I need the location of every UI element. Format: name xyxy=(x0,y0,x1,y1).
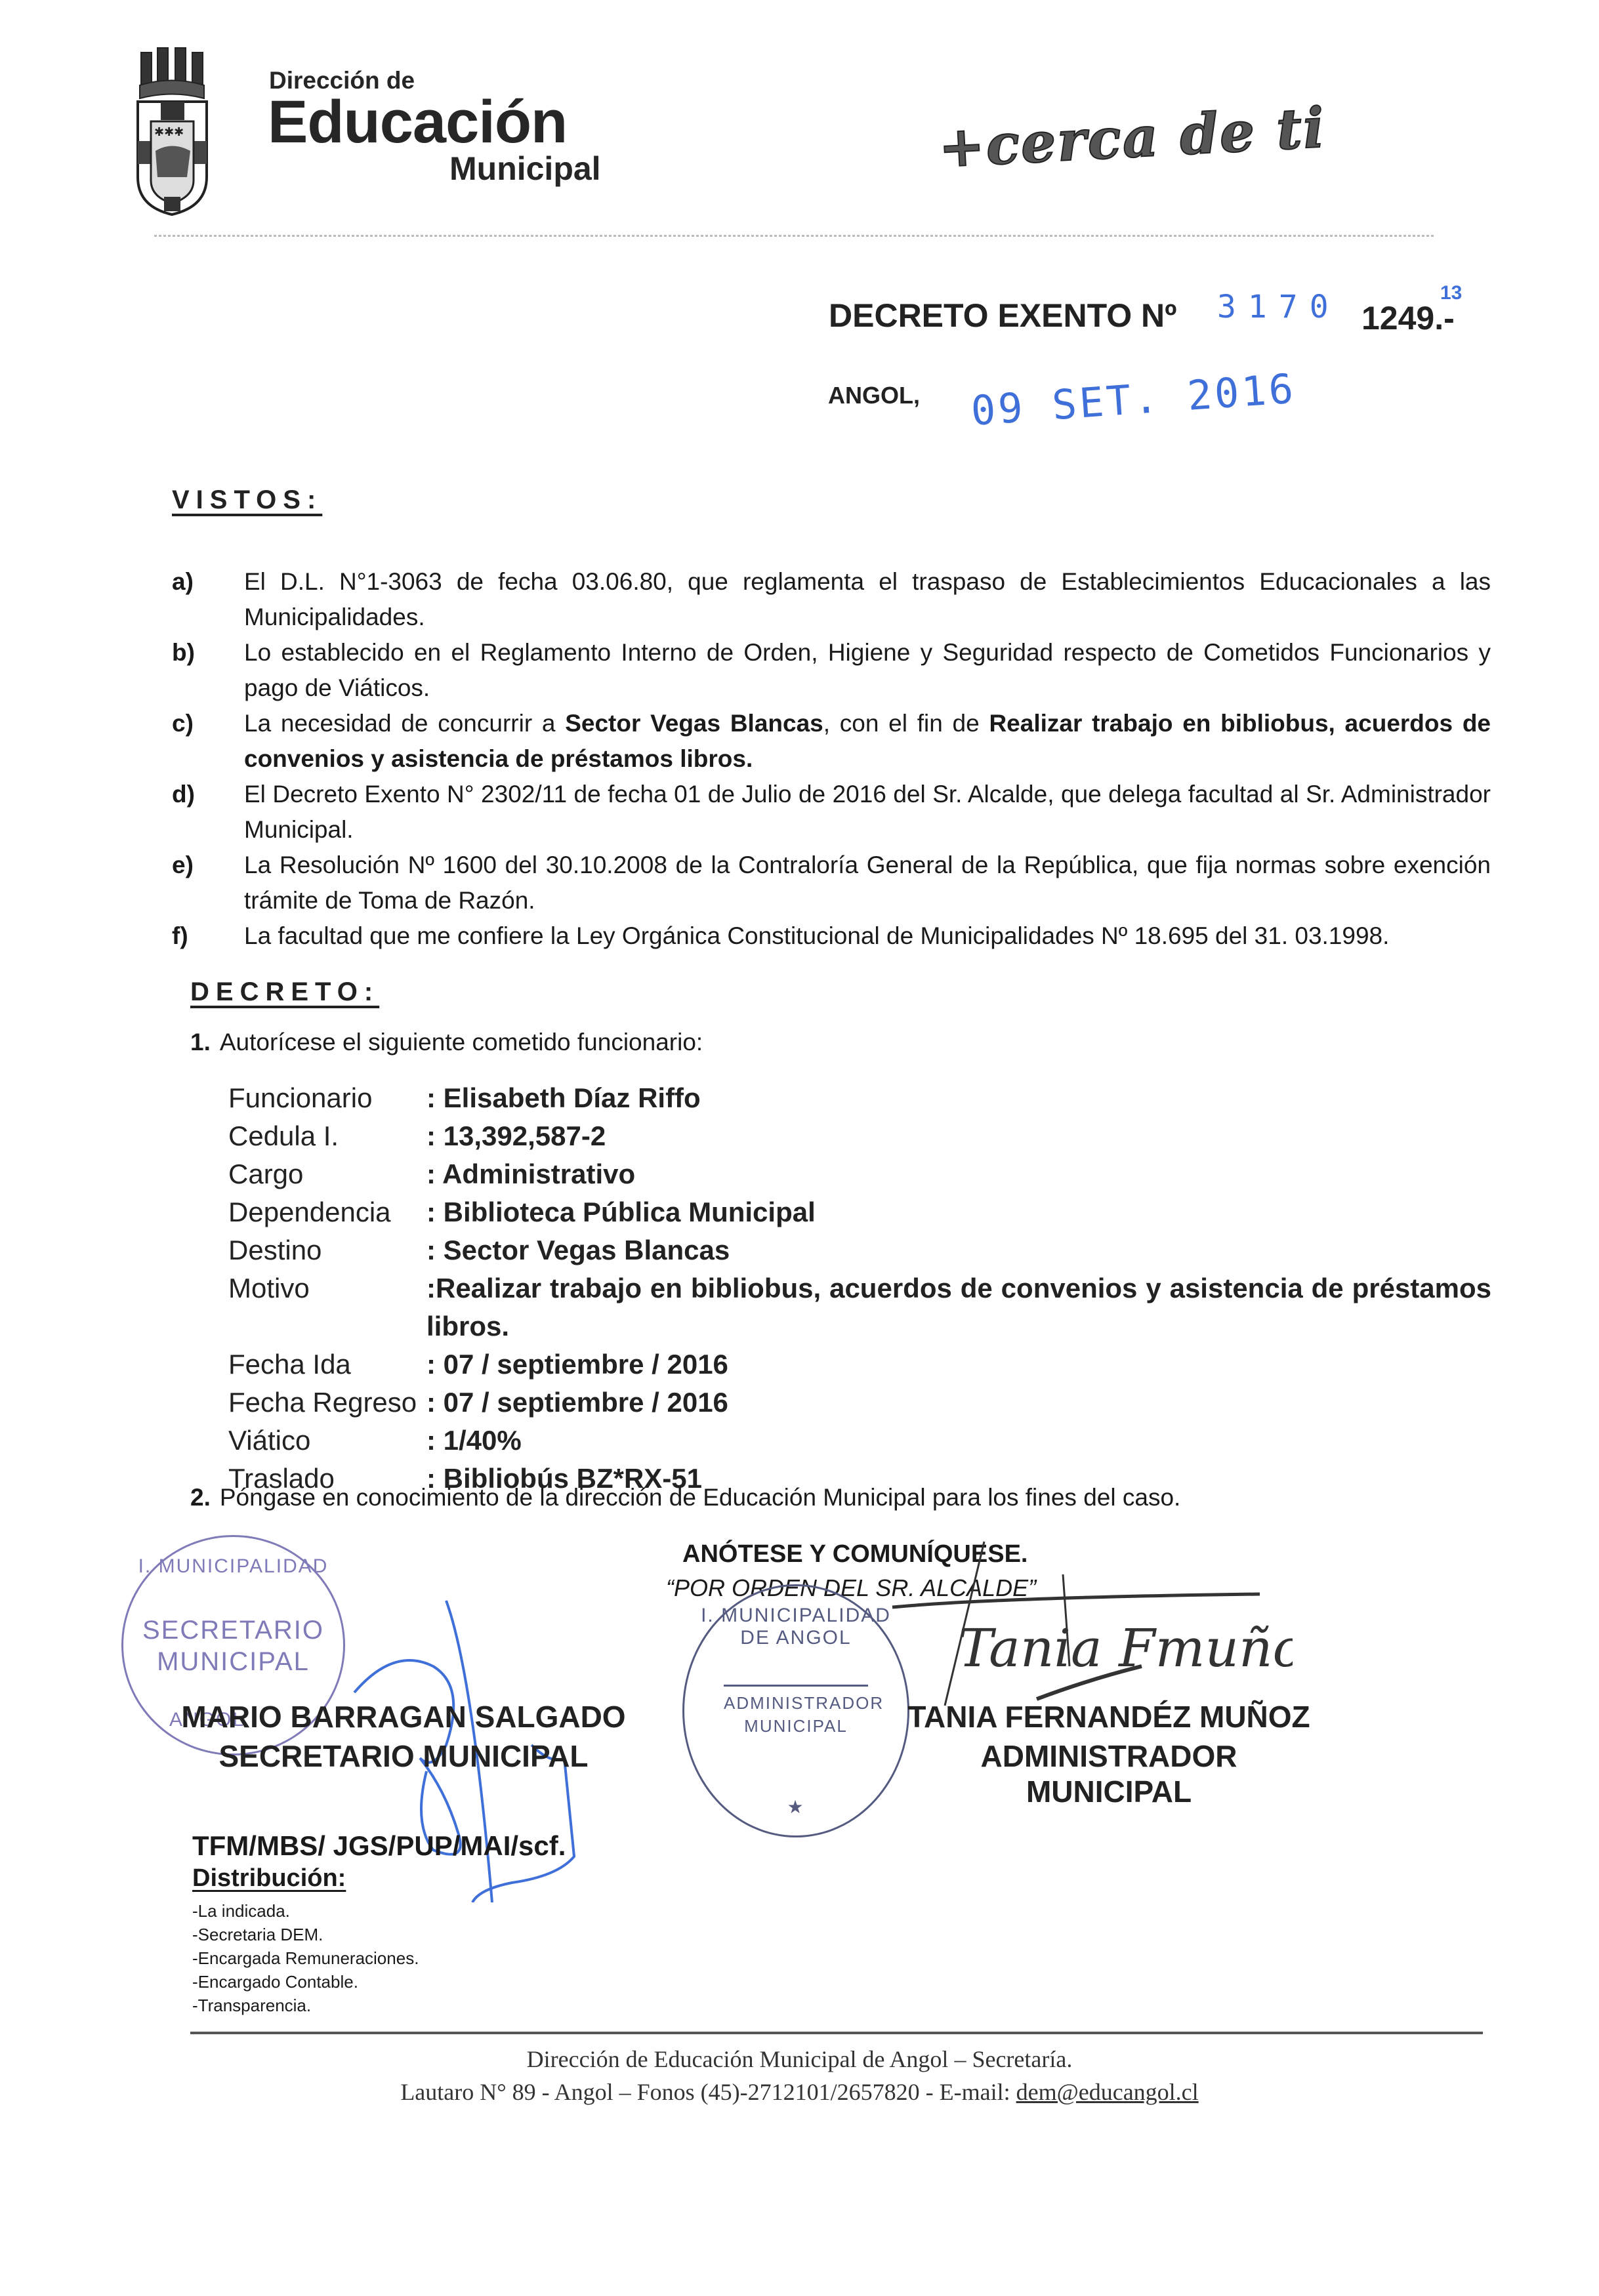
field-key: Fecha Regreso xyxy=(228,1384,426,1422)
field-key: Dependencia xyxy=(228,1193,426,1231)
field-key: Viático xyxy=(228,1422,426,1460)
field-row: Motivo:Realizar trabajo en bibliobus, ac… xyxy=(228,1269,1491,1345)
field-row: Dependencia: Biblioteca Pública Municipa… xyxy=(228,1193,1491,1231)
point-number: 2. xyxy=(190,1484,211,1511)
vistos-item-label: f) xyxy=(172,918,244,954)
field-key: Cargo xyxy=(228,1155,426,1193)
field-row: Viático: 1/40% xyxy=(228,1422,1491,1460)
vistos-item: c) La necesidad de concurrir a Sector Ve… xyxy=(172,706,1491,777)
field-key: Motivo xyxy=(228,1269,426,1345)
field-value: : 07 / septiembre / 2016 xyxy=(426,1384,1491,1422)
vistos-item-label: b) xyxy=(172,635,244,706)
field-value: : 13,392,587-2 xyxy=(426,1117,1491,1155)
header-divider xyxy=(154,235,1434,237)
point-text: Póngase en conocimiento de la dirección … xyxy=(220,1484,1180,1511)
decree-title: DECRETO EXENTO Nº xyxy=(829,297,1176,335)
text-segment: La necesidad de concurrir a xyxy=(244,710,565,737)
distribution-heading: Distribución: xyxy=(192,1864,346,1893)
decreto-point-1: 1.Autorícese el siguiente cometido funci… xyxy=(190,1029,703,1056)
field-row: Cargo: Administrativo xyxy=(228,1155,1491,1193)
field-row: Fecha Ida: 07 / septiembre / 2016 xyxy=(228,1345,1491,1384)
field-row: Cedula I.: 13,392,587-2 xyxy=(228,1117,1491,1155)
decree-handwritten-mark: 13 xyxy=(1440,282,1462,304)
slogan: +cerca de ti xyxy=(937,95,1327,180)
decreto-heading: DECRETO: xyxy=(190,977,379,1007)
point-text: Autorícese el siguiente cometido funcion… xyxy=(220,1029,703,1056)
vistos-item-label: e) xyxy=(172,848,244,918)
vistos-item-text: Lo establecido en el Reglamento Interno … xyxy=(244,635,1491,706)
point-number: 1. xyxy=(190,1029,211,1056)
secretary-title: SECRETARIO MUNICIPAL xyxy=(177,1738,630,1774)
seal-line1: ADMINISTRADOR xyxy=(724,1685,868,1713)
vistos-item-text: La necesidad de concurrir a Sector Vegas… xyxy=(244,706,1491,777)
field-value: : 1/40% xyxy=(426,1422,1491,1460)
vistos-item: d) El Decreto Exento N° 2302/11 de fecha… xyxy=(172,777,1491,848)
decree-number: 1249.- xyxy=(1361,299,1455,337)
org-name-line3: Municipal xyxy=(449,150,601,188)
destination-bold: Sector Vegas Blancas xyxy=(565,710,823,737)
administrator-name: TANIA FERNANDÉZ MUÑOZ xyxy=(899,1699,1319,1734)
cometido-fields: Funcionario: Elisabeth Díaz Riffo Cedula… xyxy=(228,1079,1491,1498)
distribution-item: -Secretaria DEM. xyxy=(192,1923,419,1946)
vistos-item: a) El D.L. N°1-3063 de fecha 03.06.80, q… xyxy=(172,564,1491,635)
vistos-item: b) Lo establecido en el Reglamento Inter… xyxy=(172,635,1491,706)
field-row: Destino: Sector Vegas Blancas xyxy=(228,1231,1491,1269)
field-value: : Administrativo xyxy=(426,1155,1491,1193)
footer-divider xyxy=(190,2032,1483,2034)
field-key: Cedula I. xyxy=(228,1117,426,1155)
field-value: : 07 / septiembre / 2016 xyxy=(426,1345,1491,1384)
vistos-item: e) La Resolución Nº 1600 del 30.10.2008 … xyxy=(172,848,1491,918)
vistos-list: a) El D.L. N°1-3063 de fecha 03.06.80, q… xyxy=(172,564,1491,954)
decreto-point-2: 2.Póngase en conocimiento de la direcció… xyxy=(190,1484,1180,1511)
municipal-crest-logo: ✱✱✱ xyxy=(135,36,210,216)
vistos-item-text: La Resolución Nº 1600 del 30.10.2008 de … xyxy=(244,848,1491,918)
org-name-line2: Educación xyxy=(268,92,567,152)
distribution-item: -Encargada Remuneraciones. xyxy=(192,1946,419,1970)
field-row: Fecha Regreso: 07 / septiembre / 2016 xyxy=(228,1384,1491,1422)
vistos-item-label: a) xyxy=(172,564,244,635)
text-segment: , con el fin de xyxy=(823,710,989,737)
secretary-name: MARIO BARRAGAN SALGADO xyxy=(177,1699,630,1734)
vistos-item-label: c) xyxy=(172,706,244,777)
field-key: Funcionario xyxy=(228,1079,426,1117)
field-key: Fecha Ida xyxy=(228,1345,426,1384)
distribution-item: -Encargado Contable. xyxy=(192,1970,419,1994)
vistos-item: f) La facultad que me confiere la Ley Or… xyxy=(172,918,1491,954)
seal-arc-text: I. MUNICIPALIDAD xyxy=(123,1555,343,1578)
footer-email-link[interactable]: dem@educangol.cl xyxy=(1016,2079,1199,2105)
vistos-item-text: El D.L. N°1-3063 de fecha 03.06.80, que … xyxy=(244,564,1491,635)
vistos-item-text: El Decreto Exento N° 2302/11 de fecha 01… xyxy=(244,777,1491,848)
distribution-list: -La indicada. -Secretaria DEM. -Encargad… xyxy=(192,1899,419,2017)
footer-contact: Lautaro N° 89 - Angol – Fonos (45)-27121… xyxy=(0,2078,1599,2106)
date-stamp: 09 SET. 2016 xyxy=(969,364,1297,434)
seal-line2: MUNICIPAL xyxy=(123,1647,343,1677)
field-row: Funcionario: Elisabeth Díaz Riffo xyxy=(228,1079,1491,1117)
reference-initials: TFM/MBS/ JGS/PUP/MAI/scf. xyxy=(192,1830,566,1862)
field-value: : Sector Vegas Blancas xyxy=(426,1231,1491,1269)
decree-stamp-number: 3170 xyxy=(1217,289,1340,325)
field-value: :Realizar trabajo en bibliobus, acuerdos… xyxy=(426,1269,1491,1345)
distribution-item: -La indicada. xyxy=(192,1899,419,1923)
field-value: : Biblioteca Pública Municipal xyxy=(426,1193,1491,1231)
field-key: Destino xyxy=(228,1231,426,1269)
administrator-title: ADMINISTRADOR MUNICIPAL xyxy=(899,1738,1319,1809)
vistos-item-label: d) xyxy=(172,777,244,848)
footer-org: Dirección de Educación Municipal de Ango… xyxy=(0,2045,1599,2073)
distribution-item: -Transparencia. xyxy=(192,1994,419,2017)
svg-text:✱✱✱: ✱✱✱ xyxy=(154,125,184,138)
decree-place: ANGOL, xyxy=(828,382,920,409)
vistos-heading: VISTOS: xyxy=(172,485,322,515)
vistos-item-text: La facultad que me confiere la Ley Orgán… xyxy=(244,918,1491,954)
footer-address: Lautaro N° 89 - Angol – Fonos (45)-27121… xyxy=(400,2079,1016,2105)
field-value: : Elisabeth Díaz Riffo xyxy=(426,1079,1491,1117)
star-icon: ★ xyxy=(684,1796,907,1818)
seal-line1: SECRETARIO xyxy=(123,1616,343,1645)
